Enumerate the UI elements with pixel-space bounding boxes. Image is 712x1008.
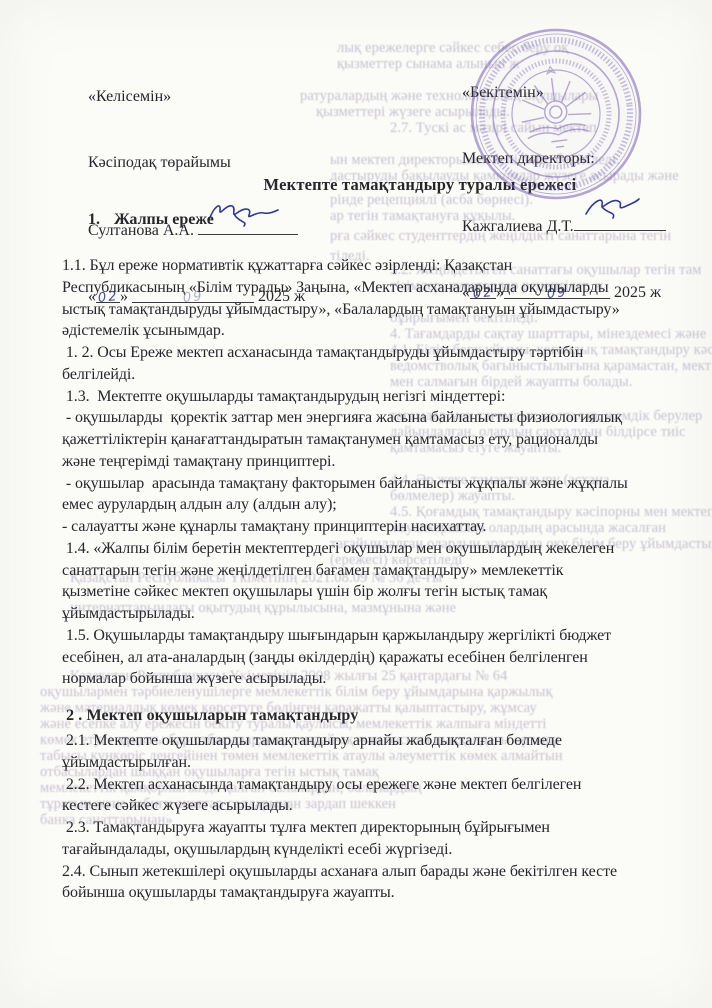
signature-row-right: Кажгалиева Д.Т. xyxy=(462,214,666,238)
text-line: есебінен, ал ата-аналардың (заңды өкілде… xyxy=(62,647,702,669)
text-line: қызметіне сәйкес мектеп оқушылары үшін б… xyxy=(62,581,702,603)
text-line: 1.4. «Жалпы білім беретін мектептердегі … xyxy=(62,538,702,560)
text-line: 1. 2. Осы Ереже мектеп асханасында тамақ… xyxy=(62,342,702,364)
section-1-number: 1. xyxy=(88,211,100,228)
text-line: кестеге сәйкес жүзеге асырылады. xyxy=(62,795,702,817)
section-1-heading: 1.Жалпы ереже xyxy=(88,211,214,229)
text-line: қажеттіліктерін қанағаттандыратын тамақт… xyxy=(62,429,702,451)
text-line: 1.3. Мектепте оқушыларды тамақтандырудың… xyxy=(62,386,702,408)
document-content: «Келісемін» Кәсіподақ төрайымы Султанова… xyxy=(0,0,712,1008)
text-line: емес аурулардың алдын алу (алдын алу); xyxy=(62,494,702,516)
signer-name-right: Кажгалиева Д.Т. xyxy=(462,218,574,235)
union-chair-label: Кәсіподақ төрайымы xyxy=(88,152,305,174)
section-1-body: 1.1. Бұл ереже нормативтік құжаттарға сә… xyxy=(62,255,702,690)
text-line: ыстық тамақтандыруды ұйымдастыру», «Бала… xyxy=(62,299,702,321)
agree-label: «Келісемін» xyxy=(88,86,305,108)
text-line: ұйымдастырылған. xyxy=(62,752,702,774)
text-line: ұйымдастырылады. xyxy=(62,603,702,625)
section-2-body: 2.1. Мектепте оқушыларды тамақтандыру ар… xyxy=(62,730,702,904)
director-label: Мектеп директоры: xyxy=(462,148,666,170)
text-line: - оқушыларды қоректік заттар мен энергия… xyxy=(62,407,702,429)
text-line: Республикасының «Білім туралы» Заңына, «… xyxy=(62,277,702,299)
text-line: - оқушылар арасында тамақтану факторымен… xyxy=(62,473,702,495)
approve-label: «Бекітемін» xyxy=(462,82,666,104)
signature-right-icon xyxy=(582,194,642,222)
text-line: әдістемелік ұсынымдар. xyxy=(62,320,702,342)
text-line: 1.5. Оқушыларды тамақтандыру шығындарын … xyxy=(62,625,702,647)
signature-left-icon xyxy=(206,198,284,228)
section-2-heading: 2 . Мектеп оқушыларын тамақтандыру xyxy=(62,707,358,725)
text-line: белгілейді. xyxy=(62,364,702,386)
text-line: нормалар бойынша жүзеге асырылады. xyxy=(62,668,702,690)
document-title: Мектепте тамақтандыру туралы ережесі xyxy=(140,175,700,195)
section-1-title: Жалпы ереже xyxy=(114,211,214,228)
scanned-document-page: лық ережелерге сәйкес себес беру оққызме… xyxy=(0,0,712,1008)
text-line: және теңгерімді тамақтану принциптері. xyxy=(62,451,702,473)
text-line: 2.1. Мектепте оқушыларды тамақтандыру ар… xyxy=(62,730,702,752)
text-line: 1.1. Бұл ереже нормативтік құжаттарға сә… xyxy=(62,255,702,277)
text-line: 2.4. Сынып жетекшілері оқушыларды асхана… xyxy=(62,861,702,883)
text-line: 2.3. Тамақтандыруға жауапты тұлға мектеп… xyxy=(62,817,702,839)
text-line: бойынша оқушыларды тамақтандыруға жауапт… xyxy=(62,882,702,904)
text-line: тағайындалады, оқушылардың күнделікті ес… xyxy=(62,839,702,861)
text-line: 2.2. Мектеп асханасында тамақтандыру осы… xyxy=(62,774,702,796)
signature-line-right xyxy=(574,214,666,231)
text-line: санаттарын тегін және жеңілдетілген баға… xyxy=(62,560,702,582)
text-line: - салауатты және құнарлы тамақтану принц… xyxy=(62,516,702,538)
